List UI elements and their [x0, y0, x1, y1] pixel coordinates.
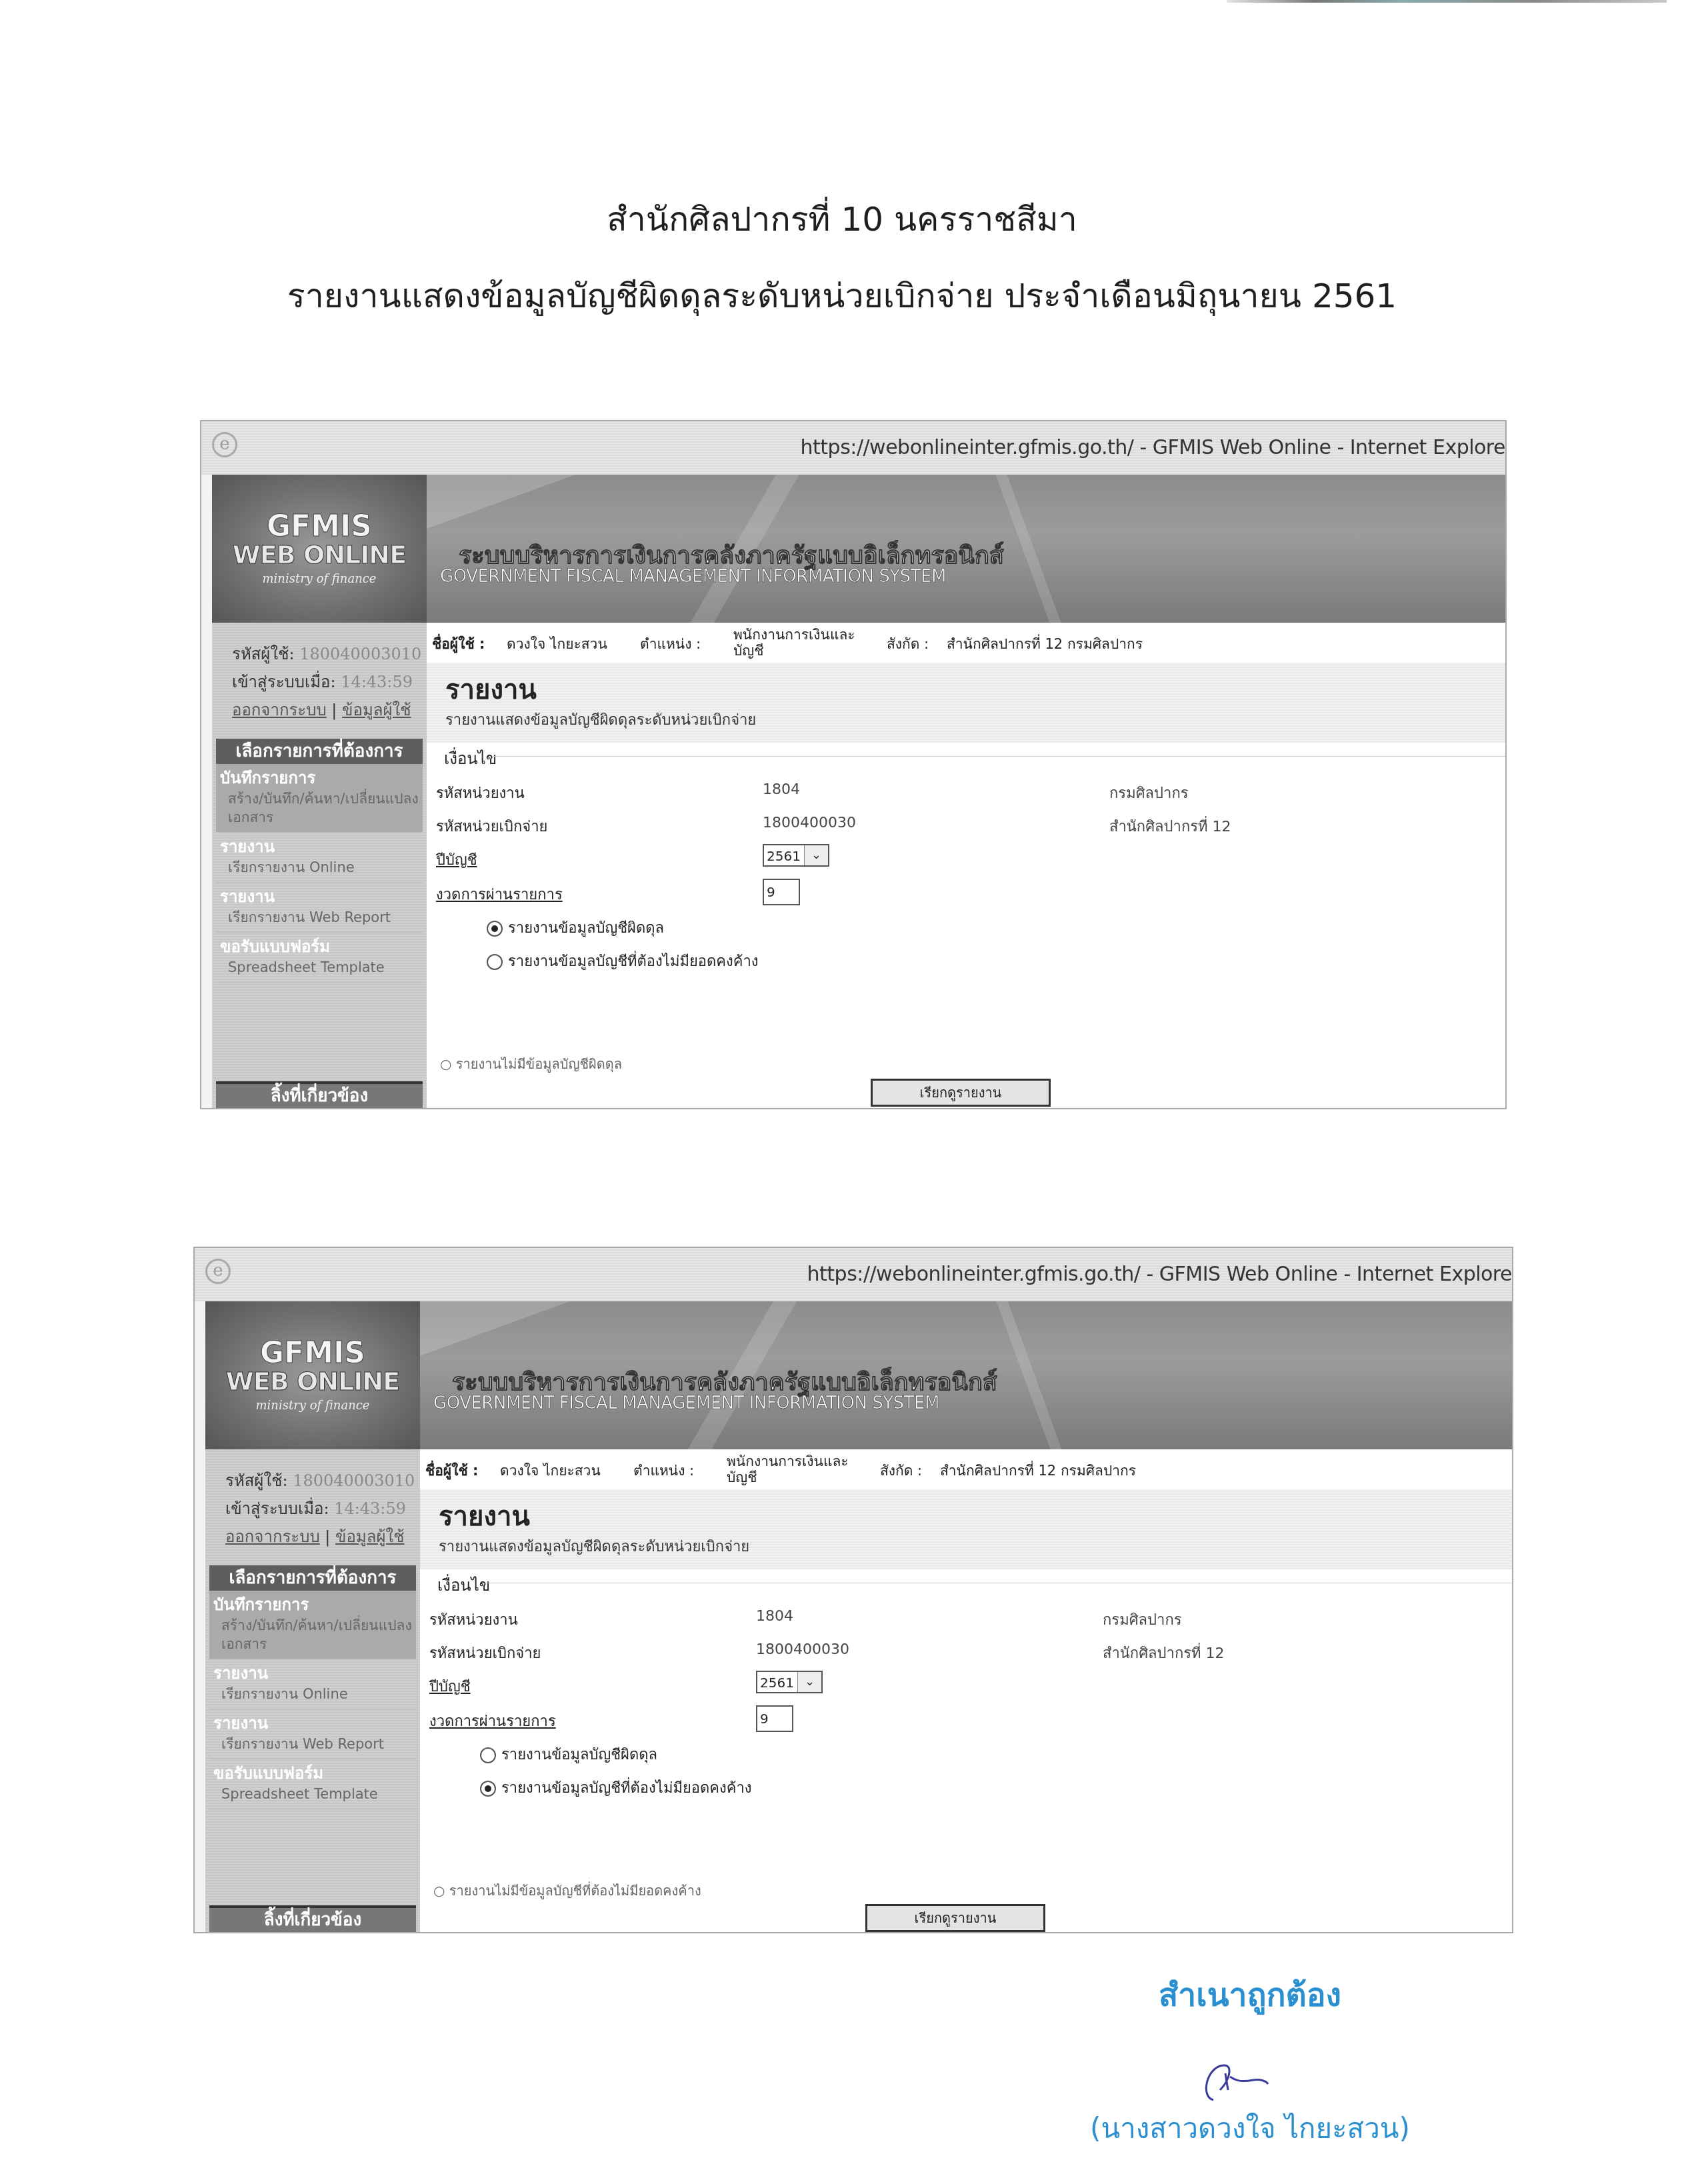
menu-item-documents[interactable]: สร้าง/บันทึก/ค้นหา/เปลี่ยนแปลง เอกสาร [220, 789, 419, 827]
menu-item-spreadsheet-template[interactable]: Spreadsheet Template [213, 1785, 412, 1803]
ie-icon: e [212, 432, 237, 457]
affiliation-label: สังกัด : [887, 633, 929, 655]
signer-name: (นางสาวดวงใจ ไกยะสวน) [1033, 2107, 1467, 2151]
logout-link[interactable]: ออกจากระบบ [232, 701, 327, 719]
agency-name: กรมศิลปากร [1103, 1608, 1182, 1631]
menu-group-record[interactable]: บันทึกรายการ สร้าง/บันทึก/ค้นหา/เปลี่ยนแ… [209, 1591, 416, 1659]
fiscal-year-row: ปีบัญชี 2561 ⌄ [436, 848, 1505, 875]
menu-group-report-web[interactable]: รายงาน เรียกรายงาน Web Report [209, 1709, 416, 1759]
radio-button[interactable] [487, 921, 503, 937]
user-name-label: ชื่อผู้ใช้ : [432, 633, 485, 655]
agency-code-row: รหัสหน่วยงาน 1804 กรมศิลปากร [436, 781, 1505, 808]
logo-text-web-online: WEB ONLINE [212, 540, 427, 569]
fiscal-year-value: 2561 [767, 848, 801, 864]
fiscal-year-label: ปีบัญชี [436, 848, 477, 871]
period-input[interactable]: 9 [756, 1705, 793, 1732]
conditions-legend: เงื่อนไข [444, 745, 497, 771]
radio-button[interactable] [480, 1747, 496, 1763]
menu-header: เลือกรายการที่ต้องการ [216, 739, 423, 764]
scan-edge-line [1227, 0, 1667, 3]
main-content: ชื่อผู้ใช้ : ดวงใจ ไกยะสวน ตำแหน่ง : พนั… [420, 1449, 1512, 1932]
fiscal-year-row: ปีบัญชี 2561 ⌄ [429, 1675, 1512, 1701]
radio-button[interactable] [480, 1781, 496, 1797]
menu-group-title: บันทึกรายการ [220, 767, 419, 789]
status-note: ○ รายงานไม่มีข้อมูลบัญชีผิดดุล [440, 1053, 622, 1075]
menu-item-report-online[interactable]: เรียกรายงาน Online [213, 1685, 412, 1703]
period-row: งวดการผ่านรายการ 9 [429, 1709, 1512, 1736]
page-subtitle: รายงานแสดงข้อมูลบัญชีผิดดุลระดับหน่วยเบิ… [439, 1535, 749, 1558]
position-line2: บัญชี [727, 1467, 757, 1489]
menu-group-report-web[interactable]: รายงาน เรียกรายงาน Web Report [216, 883, 423, 933]
agency-code: 1804 [763, 781, 800, 798]
user-id-label: รหัสผู้ใช้: [232, 645, 295, 663]
user-id-label: รหัสผู้ใช้: [225, 1471, 288, 1490]
ie-icon: e [205, 1259, 231, 1284]
page-title: รายงาน [439, 1495, 530, 1537]
logout-link[interactable]: ออกจากระบบ [225, 1527, 320, 1546]
logo-text-ministry: ministry of finance [205, 1399, 420, 1413]
affiliation-label: สังกัด : [880, 1460, 922, 1482]
sidebar: รหัสผู้ใช้: 180040003010 เข้าสู่ระบบเมื่… [205, 1449, 420, 1932]
radio-label: รายงานข้อมูลบัญชีที่ต้องไม่มียอดคงค้าง [501, 1780, 752, 1797]
user-info: รหัสผู้ใช้: 180040003010 เข้าสู่ระบบเมื่… [212, 623, 427, 724]
user-bar: ชื่อผู้ใช้ : ดวงใจ ไกยะสวน ตำแหน่ง : พนั… [420, 1449, 1512, 1488]
agency-code: 1804 [756, 1608, 793, 1625]
agency-name: กรมศิลปากร [1109, 781, 1189, 805]
disburse-code-row: รหัสหน่วยเบิกจ่าย 1800400030 สำนักศิลปาก… [429, 1641, 1512, 1668]
browser-titlebar: e https://webonlineinter.gfmis.go.th/ - … [195, 1248, 1512, 1301]
menu-group-record[interactable]: บันทึกรายการ สร้าง/บันทึก/ค้นหา/เปลี่ยนแ… [216, 764, 423, 833]
signature [1193, 2060, 1293, 2107]
screenshot-1: e https://webonlineinter.gfmis.go.th/ - … [200, 420, 1507, 1109]
logo-text-gfmis: GFMIS [205, 1336, 420, 1370]
window-title: https://webonlineinter.gfmis.go.th/ - GF… [807, 1263, 1512, 1286]
menu-header: เลือกรายการที่ต้องการ [209, 1565, 416, 1591]
gfmis-banner: GFMIS WEB ONLINE ministry of finance ระบ… [212, 475, 1505, 623]
agency-code-row: รหัสหน่วยงาน 1804 กรมศิลปากร [429, 1608, 1512, 1635]
menu-item-spreadsheet-template[interactable]: Spreadsheet Template [220, 958, 419, 977]
radio-option-no-outstanding[interactable]: รายงานข้อมูลบัญชีที่ต้องไม่มียอดคงค้าง [480, 1776, 752, 1800]
menu-item-report-online[interactable]: เรียกรายงาน Online [220, 858, 419, 877]
system-name-en: GOVERNMENT FISCAL MANAGEMENT INFORMATION… [440, 567, 946, 587]
disburse-code-row: รหัสหน่วยเบิกจ่าย 1800400030 สำนักศิลปาก… [436, 815, 1505, 841]
sidebar: รหัสผู้ใช้: 180040003010 เข้าสู่ระบบเมื่… [212, 623, 427, 1108]
certified-copy-stamp: สำเนาถูกต้อง [1033, 1970, 1467, 2021]
system-name-en: GOVERNMENT FISCAL MANAGEMENT INFORMATION… [433, 1393, 939, 1413]
fiscal-year-select[interactable]: 2561 ⌄ [756, 1671, 823, 1693]
radio-button[interactable] [487, 954, 503, 970]
login-time: 14:43:59 [334, 1499, 406, 1518]
page-title: รายงาน [445, 668, 537, 711]
conditions-divider [487, 1583, 1512, 1583]
affiliation: สำนักศิลปากรที่ 12 กรมศิลปากร [940, 1460, 1136, 1482]
logo-text-web-online: WEB ONLINE [205, 1367, 420, 1396]
view-report-button[interactable]: เรียกดูรายงาน [865, 1904, 1045, 1932]
menu-item-documents[interactable]: สร้าง/บันทึก/ค้นหา/เปลี่ยนแปลง เอกสาร [213, 1616, 412, 1653]
radio-label: รายงานข้อมูลบัญชีผิดดุล [501, 1747, 657, 1763]
login-time-label: เข้าสู่ระบบเมื่อ: [225, 1499, 329, 1518]
user-profile-link[interactable]: ข้อมูลผู้ใช้ [335, 1527, 404, 1546]
menu-group-title: รายงาน [213, 1662, 412, 1685]
disburse-code-label: รหัสหน่วยเบิกจ่าย [429, 1641, 541, 1665]
position-line2: บัญชี [733, 640, 763, 662]
affiliation: สำนักศิลปากรที่ 12 กรมศิลปากร [947, 633, 1143, 655]
chevron-down-icon[interactable]: ⌄ [797, 1672, 821, 1692]
period-row: งวดการผ่านรายการ 9 [436, 883, 1505, 909]
screenshot-2: e https://webonlineinter.gfmis.go.th/ - … [193, 1247, 1513, 1933]
link-separator: | [331, 701, 337, 719]
view-report-button[interactable]: เรียกดูรายงาน [871, 1079, 1051, 1107]
gfmis-logo: GFMIS WEB ONLINE ministry of finance [205, 1301, 420, 1449]
menu-group-report-online[interactable]: รายงาน เรียกรายงาน Online [209, 1659, 416, 1709]
menu-item-web-report[interactable]: เรียกรายงาน Web Report [220, 908, 419, 927]
fiscal-year-label: ปีบัญชี [429, 1675, 471, 1698]
radio-option-no-outstanding[interactable]: รายงานข้อมูลบัญชีที่ต้องไม่มียอดคงค้าง [487, 949, 759, 973]
position-label: ตำแหน่ง : [633, 1460, 694, 1482]
radio-option-unbalanced[interactable]: รายงานข้อมูลบัญชีผิดดุล [480, 1743, 657, 1767]
logo-text-ministry: ministry of finance [212, 572, 427, 586]
login-time: 14:43:59 [341, 673, 413, 691]
menu-group-title: บันทึกรายการ [213, 1593, 412, 1616]
link-separator: | [325, 1527, 330, 1546]
disburse-code-label: รหัสหน่วยเบิกจ่าย [436, 815, 547, 838]
chevron-down-icon[interactable]: ⌄ [804, 845, 828, 865]
fiscal-year-value: 2561 [760, 1675, 794, 1691]
status-note: ○ รายงานไม่มีข้อมูลบัญชีที่ต้องไม่มียอดค… [433, 1880, 701, 1901]
login-time-label: เข้าสู่ระบบเมื่อ: [232, 673, 336, 691]
window-title: https://webonlineinter.gfmis.go.th/ - GF… [801, 436, 1505, 459]
conditions-legend: เงื่อนไข [437, 1572, 490, 1598]
menu-group-title: รายงาน [220, 835, 419, 858]
agency-code-label: รหัสหน่วยงาน [436, 781, 525, 805]
related-links-header: ลิ้งที่เกี่ยวข้อง [216, 1081, 423, 1108]
page-header: รายงาน รายงานแสดงข้อมูลบัญชีผิดดุลระดับห… [427, 663, 1505, 743]
menu-group-report-online[interactable]: รายงาน เรียกรายงาน Online [216, 833, 423, 883]
period-label: งวดการผ่านรายการ [429, 1709, 556, 1733]
user-id: 180040003010 [293, 1471, 415, 1490]
document-subtitle: รายงานแสดงข้อมูลบัญชีผิดดุลระดับหน่วยเบิ… [0, 270, 1684, 323]
menu-group-title: ขอรับแบบฟอร์ม [220, 935, 419, 958]
page-subtitle: รายงานแสดงข้อมูลบัญชีผิดดุลระดับหน่วยเบิ… [445, 708, 756, 731]
main-content: ชื่อผู้ใช้ : ดวงใจ ไกยะสวน ตำแหน่ง : พนั… [427, 623, 1505, 1108]
menu-group-forms[interactable]: ขอรับแบบฟอร์ม Spreadsheet Template [209, 1759, 416, 1809]
gfmis-logo: GFMIS WEB ONLINE ministry of finance [212, 475, 427, 623]
browser-titlebar: e https://webonlineinter.gfmis.go.th/ - … [201, 421, 1505, 475]
fiscal-year-select[interactable]: 2561 ⌄ [763, 844, 829, 867]
disburse-code: 1800400030 [756, 1641, 849, 1658]
user-id: 180040003010 [299, 645, 421, 663]
gfmis-banner: GFMIS WEB ONLINE ministry of finance ระบ… [205, 1301, 1512, 1449]
menu-group-forms[interactable]: ขอรับแบบฟอร์ม Spreadsheet Template [216, 933, 423, 983]
disburse-code: 1800400030 [763, 815, 856, 831]
period-input[interactable]: 9 [763, 879, 800, 905]
logo-text-gfmis: GFMIS [212, 509, 427, 543]
radio-label: รายงานข้อมูลบัญชีที่ต้องไม่มียอดคงค้าง [508, 953, 759, 970]
radio-label: รายงานข้อมูลบัญชีผิดดุล [508, 920, 664, 937]
user-info: รหัสผู้ใช้: 180040003010 เข้าสู่ระบบเมื่… [205, 1449, 420, 1551]
user-bar: ชื่อผู้ใช้ : ดวงใจ ไกยะสวน ตำแหน่ง : พนั… [427, 623, 1505, 661]
agency-code-label: รหัสหน่วยงาน [429, 1608, 518, 1631]
radio-option-unbalanced[interactable]: รายงานข้อมูลบัญชีผิดดุล [487, 916, 664, 940]
related-links-header: ลิ้งที่เกี่ยวข้อง [209, 1905, 416, 1932]
user-name: ดวงใจ ไกยะสวน [507, 633, 607, 655]
user-name: ดวงใจ ไกยะสวน [500, 1460, 601, 1482]
menu-group-title: รายงาน [220, 885, 419, 908]
user-profile-link[interactable]: ข้อมูลผู้ใช้ [342, 701, 411, 719]
period-label: งวดการผ่านรายการ [436, 883, 563, 906]
disburse-name: สำนักศิลปากรที่ 12 [1103, 1641, 1225, 1665]
position-label: ตำแหน่ง : [640, 633, 701, 655]
page-header: รายงาน รายงานแสดงข้อมูลบัญชีผิดดุลระดับห… [420, 1489, 1512, 1569]
menu-item-web-report[interactable]: เรียกรายงาน Web Report [213, 1735, 412, 1753]
menu-group-title: ขอรับแบบฟอร์ม [213, 1762, 412, 1785]
document-title: สำนักศิลปากรที่ 10 นครราชสีมา [0, 193, 1684, 246]
disburse-name: สำนักศิลปากรที่ 12 [1109, 815, 1231, 838]
conditions-divider [493, 756, 1505, 757]
user-name-label: ชื่อผู้ใช้ : [425, 1460, 478, 1482]
menu-group-title: รายงาน [213, 1712, 412, 1735]
